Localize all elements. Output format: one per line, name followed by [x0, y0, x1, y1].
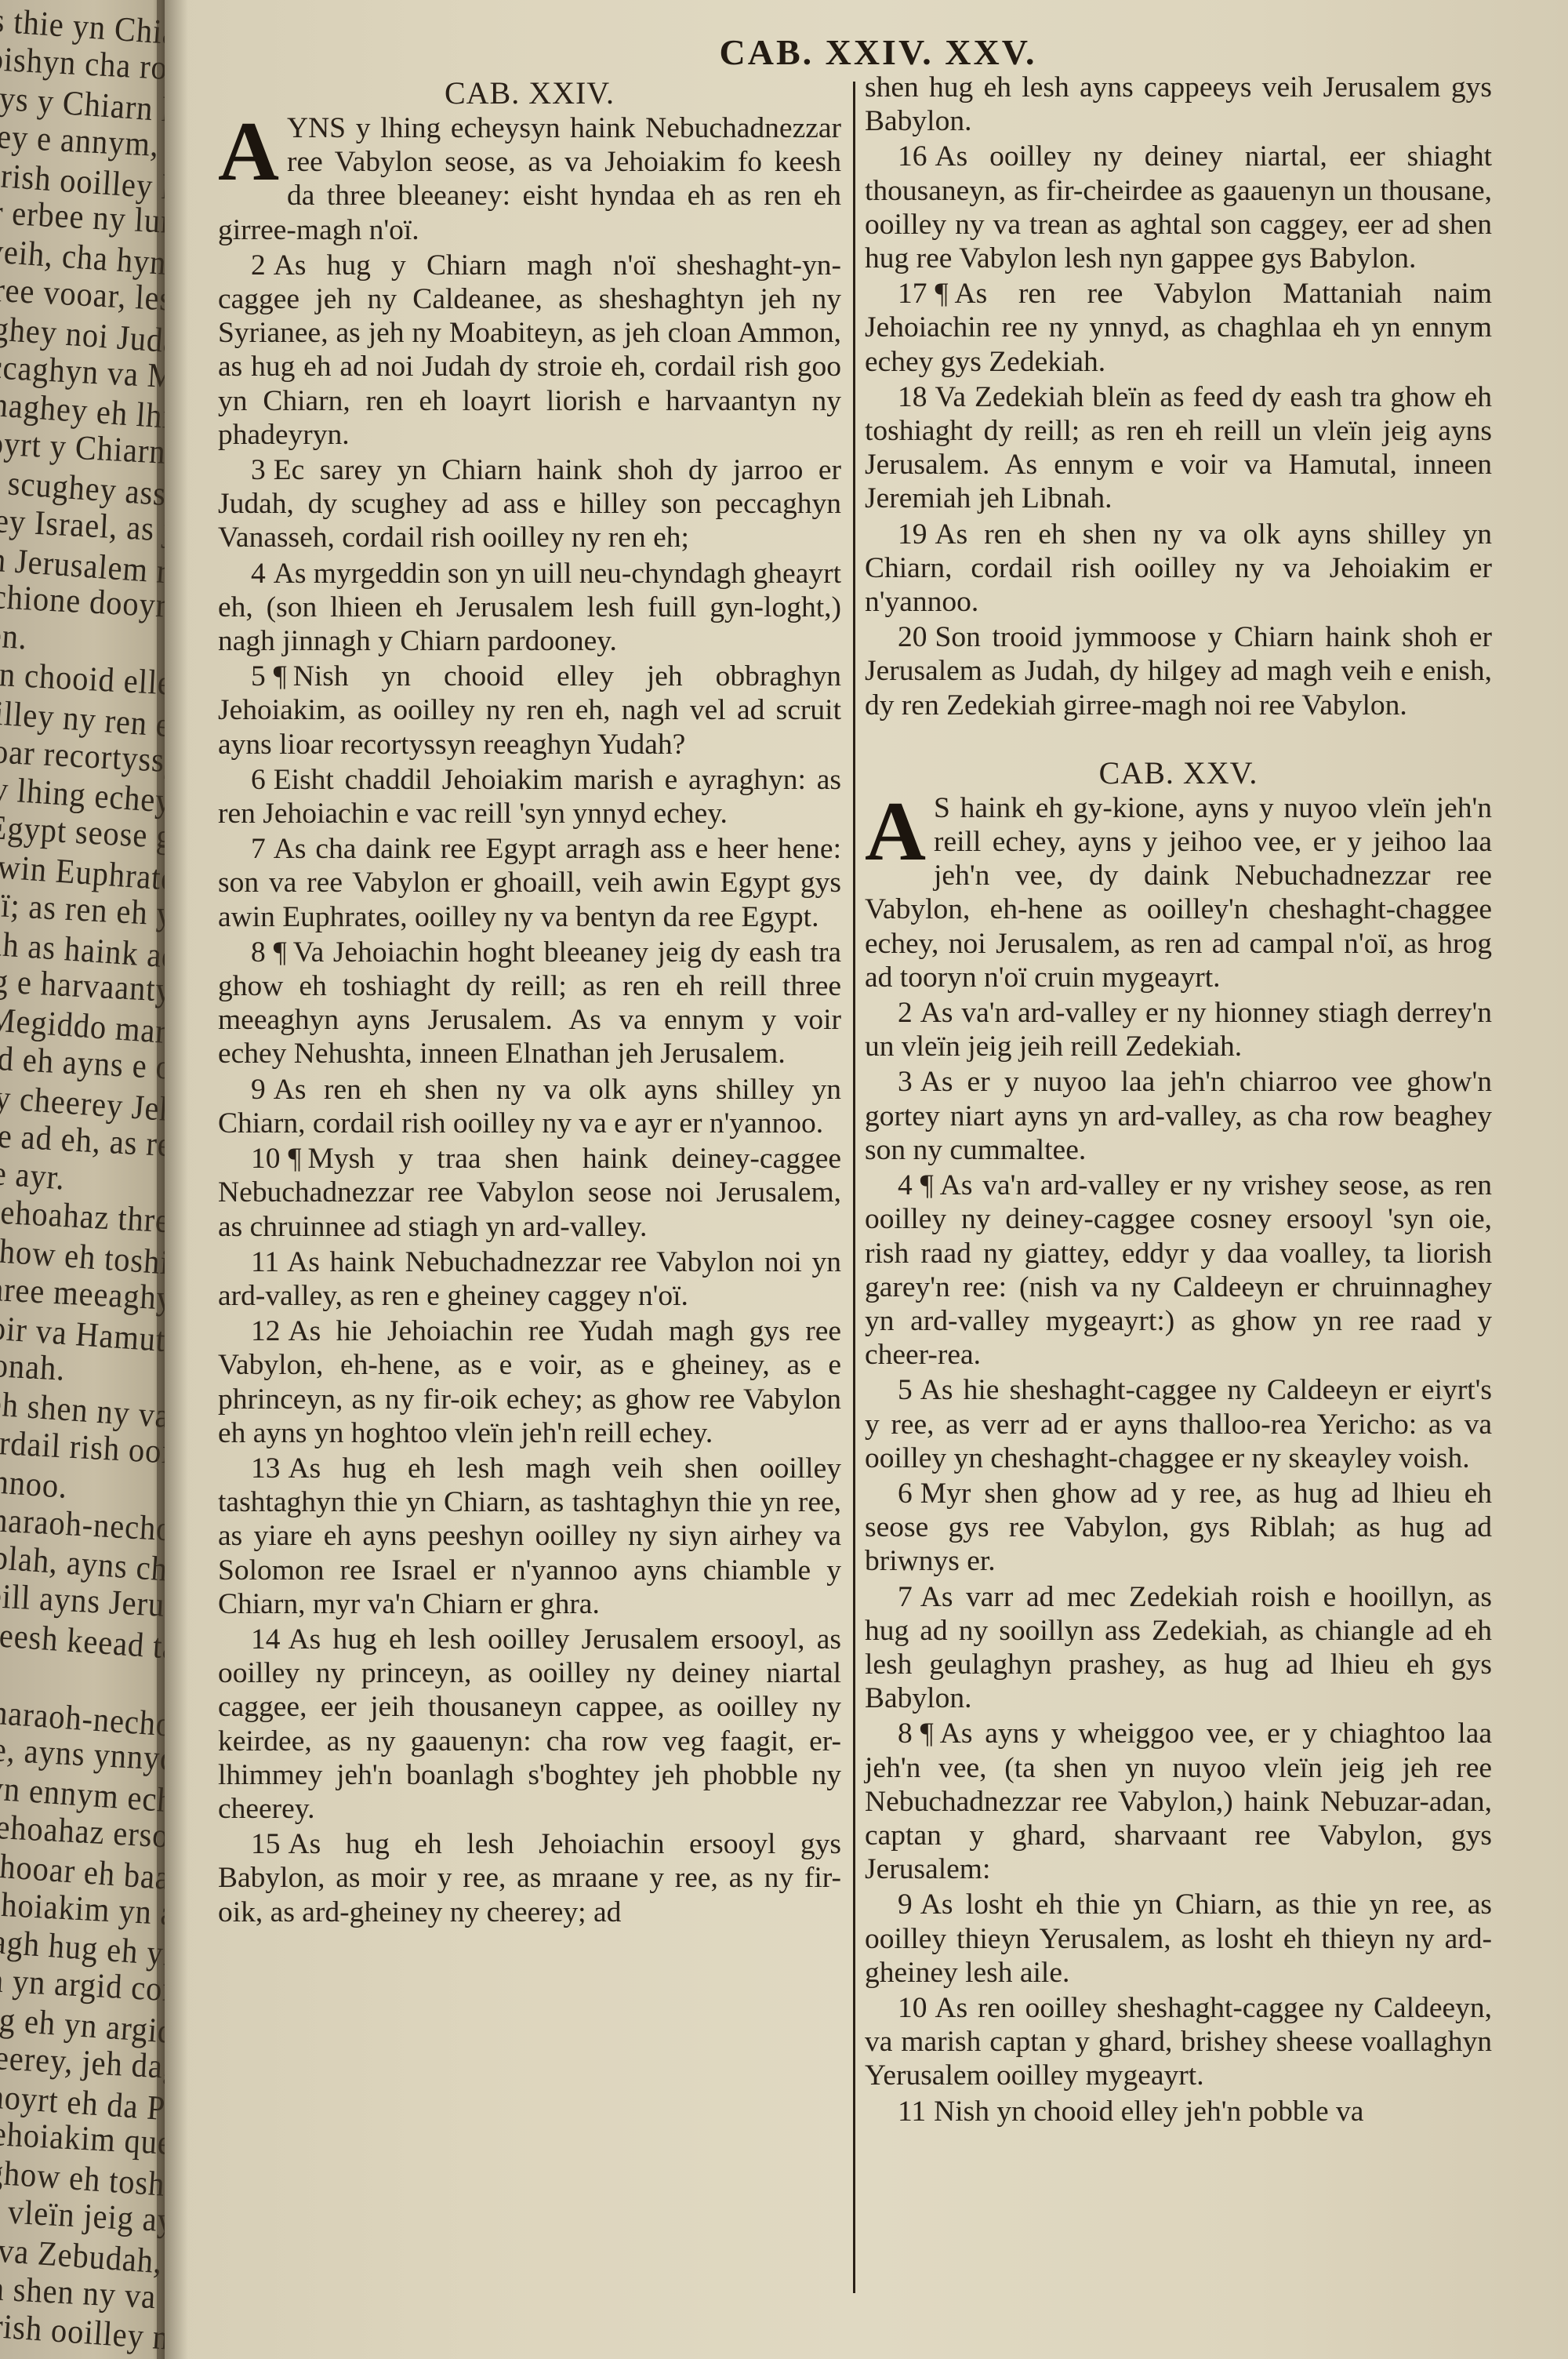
facing-page-line: h. — [0, 1652, 4, 1694]
pilcrow-mark: ¶ — [274, 660, 287, 692]
verse: 3As er y nuyoo laa jeh'n chiarroo vee gh… — [865, 1065, 1492, 1167]
verse-number: 5 — [898, 1374, 913, 1406]
verse-list: 2As va'n ard-valley er ny hionney stiagh… — [865, 996, 1492, 2128]
verse-text: Son trooid jymmoose y Chiarn haink shoh … — [865, 621, 1492, 721]
verse-continuation: shen hug eh lesh ayns cappeeys veih Jeru… — [865, 71, 1492, 138]
verse-number: 5 — [251, 660, 266, 692]
column-divider-rule — [853, 82, 855, 2293]
verse: 16As ooilley ny deiney niartal, eer shia… — [865, 140, 1492, 275]
facing-page-line: onah. — [0, 1345, 67, 1389]
verse-text: As er y nuyoo laa jeh'n chiarroo vee gho… — [865, 1066, 1492, 1165]
verse: 19As ren eh shen ny va olk ayns shilley … — [865, 518, 1492, 620]
verse: 5As hie sheshaght-caggee ny Caldeeyn er … — [865, 1373, 1492, 1475]
verse-number: 18 — [898, 381, 927, 413]
verse: 13As hug eh lesh magh veih shen ooilley … — [218, 1452, 841, 1621]
verse-text: As hug eh lesh ooilley Jerusalem ersooyl… — [218, 1623, 841, 1825]
verse-text: Nish yn chooid elley jeh'n pobble va — [934, 2095, 1363, 2128]
verse-text: Eisht chaddil Jehoiakim marish e ayraghy… — [218, 764, 841, 830]
verse: 10¶Mysh y traa shen haink deiney-caggee … — [218, 1142, 841, 1244]
verse-number: 11 — [898, 2095, 926, 2128]
verse: 17¶As ren ree Vabylon Mattaniah naim Jeh… — [865, 277, 1492, 379]
facing-page-line: en. — [0, 615, 29, 657]
verse-text: As cha daink ree Egypt arragh ass e heer… — [218, 833, 841, 932]
verse-number: 4 — [251, 558, 266, 590]
verse: 6Myr shen ghow ad y ree, as hug ad lhieu… — [865, 1477, 1492, 1579]
verse-number: 15 — [251, 1828, 281, 1860]
left-column: CAB. XXIV. A YNS y lhing echeysyn haink … — [218, 71, 841, 1931]
running-head: CAB. XXIV. XXV. — [698, 31, 1058, 73]
chapter-heading-xxiv: CAB. XXIV. — [218, 75, 841, 111]
verse: 3Ec sarey yn Chiarn haink shoh dy jarroo… — [218, 453, 841, 555]
verse-text: As haink Nebuchadnezzar ree Vabylon noi … — [218, 1246, 841, 1312]
verse-number: 10 — [898, 1992, 927, 2024]
pilcrow-mark: ¶ — [920, 1169, 934, 1201]
verse-number: 8 — [251, 936, 266, 969]
verse-number: 7 — [898, 1581, 913, 1613]
verse-text: As hie Jehoiachin ree Yudah magh gys ree… — [218, 1315, 841, 1449]
verse: 12As hie Jehoiachin ree Yudah magh gys r… — [218, 1314, 841, 1450]
verse: 7As cha daink ree Egypt arragh ass e hee… — [218, 832, 841, 934]
verse: 20Son trooid jymmoose y Chiarn haink sho… — [865, 620, 1492, 722]
verse-text: As ooilley ny deiney niartal, eer shiagh… — [865, 140, 1492, 274]
chapter-spacer — [865, 724, 1492, 751]
verse-number: 11 — [251, 1246, 279, 1278]
verse-number: 8 — [898, 1717, 913, 1750]
verse-text: As ren eh shen ny va olk ayns shilley yn… — [218, 1074, 841, 1140]
verse-text: As ren ree Vabylon Mattaniah naim Jehoia… — [865, 278, 1492, 377]
verse: 11Nish yn chooid elley jeh'n pobble va — [865, 2095, 1492, 2128]
verse: 7As varr ad mec Zedekiah roish e hooilly… — [865, 1580, 1492, 1716]
verse-number: 20 — [898, 621, 927, 653]
verse-number: 19 — [898, 518, 927, 551]
facing-page-line: annoo. — [0, 1460, 69, 1507]
verse: 10As ren ooilley sheshaght-caggee ny Cal… — [865, 1991, 1492, 2093]
pilcrow-mark: ¶ — [274, 936, 287, 969]
verse-number: 13 — [251, 1452, 281, 1485]
pilcrow-mark: ¶ — [289, 1143, 302, 1175]
verse-text: Va Jehoiachin hoght bleeaney jeig dy eas… — [218, 936, 841, 1070]
verse-text: As losht eh thie yn Chiarn, as thie yn r… — [865, 1888, 1492, 1988]
pilcrow-mark: ¶ — [920, 1717, 934, 1750]
verse: 18Va Zedekiah bleïn as feed dy eash tra … — [865, 380, 1492, 516]
verse-1-opening: A YNS y lhing echeysyn haink Nebuchadnez… — [218, 111, 841, 247]
facing-page-fragment: s thie yn Chiarn.oishyn cha row reegys y… — [0, 0, 165, 2359]
verse-number: 3 — [251, 454, 266, 486]
verse-number: 4 — [898, 1169, 913, 1201]
verse-text: As ren ooilley sheshaght-caggee ny Calde… — [865, 1992, 1492, 2092]
right-column: shen hug eh lesh ayns cappeeys veih Jeru… — [865, 71, 1492, 2130]
verse: 14As hug eh lesh ooilley Jerusalem ersoo… — [218, 1623, 841, 1826]
verse: 2As hug y Chiarn magh n'oï sheshaght-yn-… — [218, 249, 841, 452]
verse: 6Eisht chaddil Jehoiakim marish e ayragh… — [218, 763, 841, 831]
verse-number: 2 — [251, 249, 266, 282]
verse-text: As hie sheshaght-caggee ny Caldeeyn er e… — [865, 1374, 1492, 1474]
verse-text: S haink eh gy-kione, ayns y nuyoo vleïn … — [865, 792, 1492, 994]
verse-number: 3 — [898, 1066, 913, 1098]
facing-page-line: e ayr. — [0, 1153, 67, 1198]
verse-text: As hug eh lesh Jehoiachin ersooyl gys Ba… — [218, 1828, 841, 1928]
chapter-heading-xxv: CAB. XXV. — [865, 755, 1492, 791]
verse-text: As hug y Chiarn magh n'oï sheshaght-yn-c… — [218, 249, 841, 451]
verse-text: YNS y lhing echeysyn haink Nebuchadnezza… — [218, 112, 841, 246]
verse-number: 6 — [251, 764, 266, 796]
verse-text: Myr shen ghow ad y ree, as hug ad lhieu … — [865, 1478, 1492, 1577]
verse-number: 2 — [898, 997, 913, 1029]
verse-text: Nish yn chooid elley jeh obbraghyn Jehoi… — [218, 660, 841, 760]
verse-text: Ec sarey yn Chiarn haink shoh dy jarroo … — [218, 454, 841, 554]
verse-list: 16As ooilley ny deiney niartal, eer shia… — [865, 140, 1492, 722]
verse-1-opening: A S haink eh gy-kione, ayns y nuyoo vleï… — [865, 791, 1492, 994]
verse-text: As hug eh lesh magh veih shen ooilley ta… — [218, 1452, 841, 1620]
verse-text: As va'n ard-valley er ny hionney stiagh … — [865, 997, 1492, 1063]
drop-cap: A — [865, 798, 926, 867]
verse: 8¶Va Jehoiachin hoght bleeaney jeig dy e… — [218, 936, 841, 1071]
verse-number: 9 — [251, 1074, 266, 1106]
verse-text: Va Zedekiah bleïn as feed dy eash tra gh… — [865, 381, 1492, 515]
gutter-shadow — [157, 0, 188, 2359]
verse-number: 14 — [251, 1623, 281, 1656]
verse-list: 2As hug y Chiarn magh n'oï sheshaght-yn-… — [218, 249, 841, 1929]
verse-text: As va'n ard-valley er ny vrishey seose, … — [865, 1169, 1492, 1371]
verse: 11As haink Nebuchadnezzar ree Vabylon no… — [218, 1245, 841, 1313]
verse-text: As myrgeddin son yn uill neu-chyndagh gh… — [218, 558, 841, 657]
verse: 2As va'n ard-valley er ny hionney stiagh… — [865, 996, 1492, 1063]
pilcrow-mark: ¶ — [935, 278, 949, 310]
verse: 15As hug eh lesh Jehoiachin ersooyl gys … — [218, 1827, 841, 1929]
verse: 8¶As ayns y wheiggoo vee, er y chiaghtoo… — [865, 1717, 1492, 1886]
drop-cap: A — [218, 118, 279, 187]
verse: 9As ren eh shen ny va olk ayns shilley y… — [218, 1073, 841, 1140]
verse-text: Mysh y traa shen haink deiney-caggee Neb… — [218, 1143, 841, 1242]
verse-number: 12 — [251, 1315, 281, 1347]
book-page: s thie yn Chiarn.oishyn cha row reegys y… — [0, 0, 1568, 2359]
verse-number: 7 — [251, 833, 266, 865]
verse: 5¶Nish yn chooid elley jeh obbraghyn Jeh… — [218, 660, 841, 761]
verse-number: 17 — [898, 278, 927, 310]
verse: 9As losht eh thie yn Chiarn, as thie yn … — [865, 1888, 1492, 1990]
verse-number: 6 — [898, 1478, 913, 1510]
verse-text: As ayns y wheiggoo vee, er y chiaghtoo l… — [865, 1717, 1492, 1885]
verse: 4¶As va'n ard-valley er ny vrishey seose… — [865, 1169, 1492, 1372]
verse-text: As ren eh shen ny va olk ayns shilley yn… — [865, 518, 1492, 618]
verse: 4As myrgeddin son yn uill neu-chyndagh g… — [218, 557, 841, 659]
verse-number: 9 — [898, 1888, 913, 1921]
verse-number: 16 — [898, 140, 927, 173]
verse-text: As varr ad mec Zedekiah roish e hooillyn… — [865, 1581, 1492, 1715]
verse-number: 10 — [251, 1143, 281, 1175]
